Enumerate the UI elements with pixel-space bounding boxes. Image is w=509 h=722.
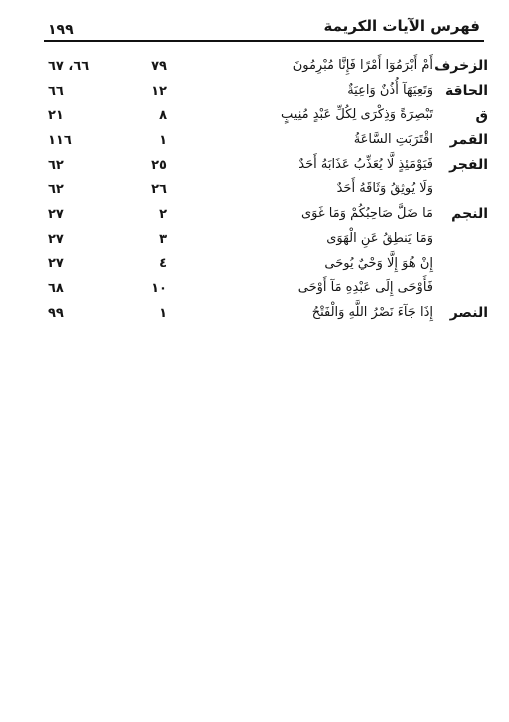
verse-text-cell: وَتَعِيَهَآ أُذُنٌ وَاعِيَةٌ <box>167 79 433 104</box>
verse-number-cell: ١٢ <box>105 84 167 99</box>
surah-name-cell: الحاقة <box>433 83 488 99</box>
verse-number-cell: ٣ <box>105 232 167 247</box>
index-row: النجممَا ضَلَّ صَاحِبُكُمْ وَمَا غَوَى٢٢… <box>48 202 488 227</box>
index-row: قتَبْصِرَةً وَذِكْرَى لِكُلِّ عَبْدٍ مُن… <box>48 103 488 128</box>
page-number-cell: ٦٢ <box>48 182 105 197</box>
index-row: إِنْ هُوَ إِلَّا وَحْيٌ يُوحَى٤٢٧ <box>48 252 488 277</box>
page-number-cell: ٦٢ <box>48 158 105 173</box>
page-number-cell: ٦٦، ٦٧ <box>48 59 105 74</box>
page-number-cell: ٦٦ <box>48 84 105 99</box>
index-row: الفجرفَيَوْمَئِذٍ لَّا يُعَذِّبُ عَذَابَ… <box>48 153 488 178</box>
verse-text-cell: فَأَوْحَى إِلَى عَبْدِهِ مَآ أَوْحَى <box>167 276 433 301</box>
verse-text-cell: مَا ضَلَّ صَاحِبُكُمْ وَمَا غَوَى <box>167 202 433 227</box>
verse-number-cell: ١٠ <box>105 281 167 296</box>
verse-text-cell: تَبْصِرَةً وَذِكْرَى لِكُلِّ عَبْدٍ مُنِ… <box>167 103 433 128</box>
verse-text-cell: اقْتَرَبَتِ السَّاعَةُ <box>167 128 433 153</box>
verse-number-cell: ٤ <box>105 256 167 271</box>
page-number-cell: ٢٧ <box>48 232 105 247</box>
verse-text-cell: وَلَا يُوثِقُ وَثَاقَهُ أَحَدٌ <box>167 177 433 202</box>
surah-name-cell: الفجر <box>433 157 488 173</box>
index-row: الزخرفأَمْ أَبْرَمُوٓا أَمْرًا فَإِنَّا … <box>48 54 488 79</box>
surah-name-cell: النصر <box>433 305 488 321</box>
verse-text-cell: أَمْ أَبْرَمُوٓا أَمْرًا فَإِنَّا مُبْرِ… <box>167 54 433 79</box>
verse-number-cell: ٢ <box>105 207 167 222</box>
page-number-cell: ٢٧ <box>48 207 105 222</box>
verse-text-cell: فَيَوْمَئِذٍ لَّا يُعَذِّبُ عَذَابَهُ أَ… <box>167 153 433 178</box>
verse-text-cell: وَمَا يَنطِقُ عَنِ الْهَوَى <box>167 227 433 252</box>
page-number-cell: ٩٩ <box>48 306 105 321</box>
verse-number-cell: ١ <box>105 133 167 148</box>
index-row: الحاقةوَتَعِيَهَآ أُذُنٌ وَاعِيَةٌ١٢٦٦ <box>48 79 488 104</box>
surah-name-cell: ق <box>433 108 488 124</box>
index-row: القمراقْتَرَبَتِ السَّاعَةُ١١١٦ <box>48 128 488 153</box>
index-table: الزخرفأَمْ أَبْرَمُوٓا أَمْرًا فَإِنَّا … <box>48 54 488 326</box>
page-number-cell: ٢١ <box>48 108 105 123</box>
page-number-cell: ١١٦ <box>48 133 105 148</box>
book-page: فهرس الآيات الكريمة ١٩٩ الزخرفأَمْ أَبْر… <box>0 0 509 722</box>
page-number-cell: ٢٧ <box>48 256 105 271</box>
page-title: فهرس الآيات الكريمة <box>324 17 480 35</box>
surah-name-cell: القمر <box>433 132 488 148</box>
page-number: ١٩٩ <box>48 22 74 38</box>
surah-name-cell: النجم <box>433 206 488 222</box>
verse-text-cell: إِنْ هُوَ إِلَّا وَحْيٌ يُوحَى <box>167 252 433 277</box>
verse-text-cell: إِذَا جَآءَ نَصْرُ اللَّهِ وَالْفَتْحُ <box>167 301 433 326</box>
verse-number-cell: ٨ <box>105 108 167 123</box>
verse-number-cell: ١ <box>105 306 167 321</box>
header-divider <box>44 40 484 42</box>
index-row: النصرإِذَا جَآءَ نَصْرُ اللَّهِ وَالْفَت… <box>48 301 488 326</box>
verse-number-cell: ٢٥ <box>105 158 167 173</box>
page-number-cell: ٦٨ <box>48 281 105 296</box>
verse-number-cell: ٢٦ <box>105 182 167 197</box>
surah-name-cell: الزخرف <box>433 58 488 74</box>
index-row: وَلَا يُوثِقُ وَثَاقَهُ أَحَدٌ٢٦٦٢ <box>48 177 488 202</box>
index-row: وَمَا يَنطِقُ عَنِ الْهَوَى٣٢٧ <box>48 227 488 252</box>
verse-number-cell: ٧٩ <box>105 59 167 74</box>
index-row: فَأَوْحَى إِلَى عَبْدِهِ مَآ أَوْحَى١٠٦٨ <box>48 276 488 301</box>
